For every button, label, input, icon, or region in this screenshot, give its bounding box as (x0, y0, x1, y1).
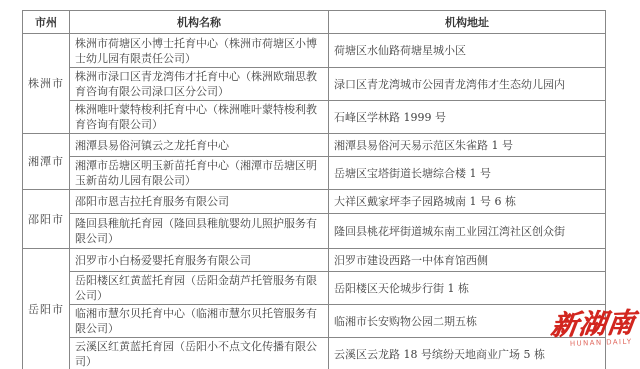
institution-name: 株洲市渌口区青龙湾伟才托育中心（株洲欧瑞思教育咨询有限公司渌口区分公司） (70, 68, 329, 101)
institution-address: 荷塘区水仙路荷塘星城小区 (329, 34, 606, 68)
institution-address: 岳阳楼区天伦城步行街 1 栋 (329, 272, 606, 305)
city-cell-xiangtan: 湘潭市 (23, 134, 70, 190)
column-header-address: 机构地址 (329, 11, 606, 34)
childcare-institutions-table: 市州 机构名称 机构地址 株洲市 株洲市荷塘区小博士托育中心（株洲市荷塘区小博士… (22, 10, 606, 369)
institution-name: 湘潭市岳塘区明玉新苗托育中心（湘潭市岳塘区明玉新苗幼儿园有限公司） (70, 157, 329, 190)
institution-name: 临湘市慧尔贝托育中心（临湘市慧尔贝托管服务有限公司） (70, 305, 329, 338)
city-cell-zhuzhou: 株洲市 (23, 34, 70, 134)
institution-name: 邵阳市恩吉拉托育服务有限公司 (70, 190, 329, 214)
institution-name: 湘潭县易俗河镇云之龙托育中心 (70, 134, 329, 157)
institution-address: 隆回县桃花坪街道城东南工业园江湾社区创众街 (329, 214, 606, 249)
institution-address: 临湘市长安购物公园二期五栋 (329, 305, 606, 338)
table-row: 岳阳市 汨罗市小白杨爱婴托育服务有限公司 汨罗市建设西路一中体育馆西侧 (23, 249, 606, 272)
table-row: 株洲唯叶蒙特梭利托育中心（株洲唯叶蒙特梭利教育咨询有限公司） 石峰区学林路 19… (23, 101, 606, 134)
table-row: 隆回县稚航托育园（隆回县稚航婴幼儿照护服务有限公司） 隆回县桃花坪街道城东南工业… (23, 214, 606, 249)
column-header-name: 机构名称 (70, 11, 329, 34)
document-page: 市州 机构名称 机构地址 株洲市 株洲市荷塘区小博士托育中心（株洲市荷塘区小博士… (0, 0, 640, 369)
institution-address: 湘潭县易俗河天易示范区朱雀路 1 号 (329, 134, 606, 157)
column-header-city: 市州 (23, 11, 70, 34)
table-header-row: 市州 机构名称 机构地址 (23, 11, 606, 34)
table-row: 邵阳市 邵阳市恩吉拉托育服务有限公司 大祥区戴家坪李子园路城南 1 号 6 栋 (23, 190, 606, 214)
institution-name: 株洲唯叶蒙特梭利托育中心（株洲唯叶蒙特梭利教育咨询有限公司） (70, 101, 329, 134)
institution-address: 大祥区戴家坪李子园路城南 1 号 6 栋 (329, 190, 606, 214)
institution-name: 云溪区红黄蓝托育园（岳阳小不点文化传播有限公司） (70, 338, 329, 369)
institution-address: 岳塘区宝塔街道长塘综合楼 1 号 (329, 157, 606, 190)
table-row: 株洲市渌口区青龙湾伟才托育中心（株洲欧瑞思教育咨询有限公司渌口区分公司） 渌口区… (23, 68, 606, 101)
table-row: 湘潭市岳塘区明玉新苗托育中心（湘潭市岳塘区明玉新苗幼儿园有限公司） 岳塘区宝塔街… (23, 157, 606, 190)
table-row: 岳阳楼区红黄蓝托育园（岳阳金葫芦托管服务有限公司） 岳阳楼区天伦城步行街 1 栋 (23, 272, 606, 305)
institution-address: 渌口区青龙湾城市公园青龙湾伟才生态幼儿园内 (329, 68, 606, 101)
institution-name: 株洲市荷塘区小博士托育中心（株洲市荷塘区小博士幼儿园有限责任公司） (70, 34, 329, 68)
table-row: 株洲市 株洲市荷塘区小博士托育中心（株洲市荷塘区小博士幼儿园有限责任公司） 荷塘… (23, 34, 606, 68)
institution-name: 岳阳楼区红黄蓝托育园（岳阳金葫芦托管服务有限公司） (70, 272, 329, 305)
table-row: 临湘市慧尔贝托育中心（临湘市慧尔贝托管服务有限公司） 临湘市长安购物公园二期五栋 (23, 305, 606, 338)
institution-address: 汨罗市建设西路一中体育馆西侧 (329, 249, 606, 272)
institution-address: 石峰区学林路 1999 号 (329, 101, 606, 134)
institution-address: 云溪区云龙路 18 号缤纷天地商业广场 5 栋 (329, 338, 606, 369)
institution-name: 汨罗市小白杨爱婴托育服务有限公司 (70, 249, 329, 272)
city-cell-yueyang: 岳阳市 (23, 249, 70, 369)
city-cell-shaoyang: 邵阳市 (23, 190, 70, 249)
table-row: 湘潭市 湘潭县易俗河镇云之龙托育中心 湘潭县易俗河天易示范区朱雀路 1 号 (23, 134, 606, 157)
institution-name: 隆回县稚航托育园（隆回县稚航婴幼儿照护服务有限公司） (70, 214, 329, 249)
table-row: 云溪区红黄蓝托育园（岳阳小不点文化传播有限公司） 云溪区云龙路 18 号缤纷天地… (23, 338, 606, 369)
